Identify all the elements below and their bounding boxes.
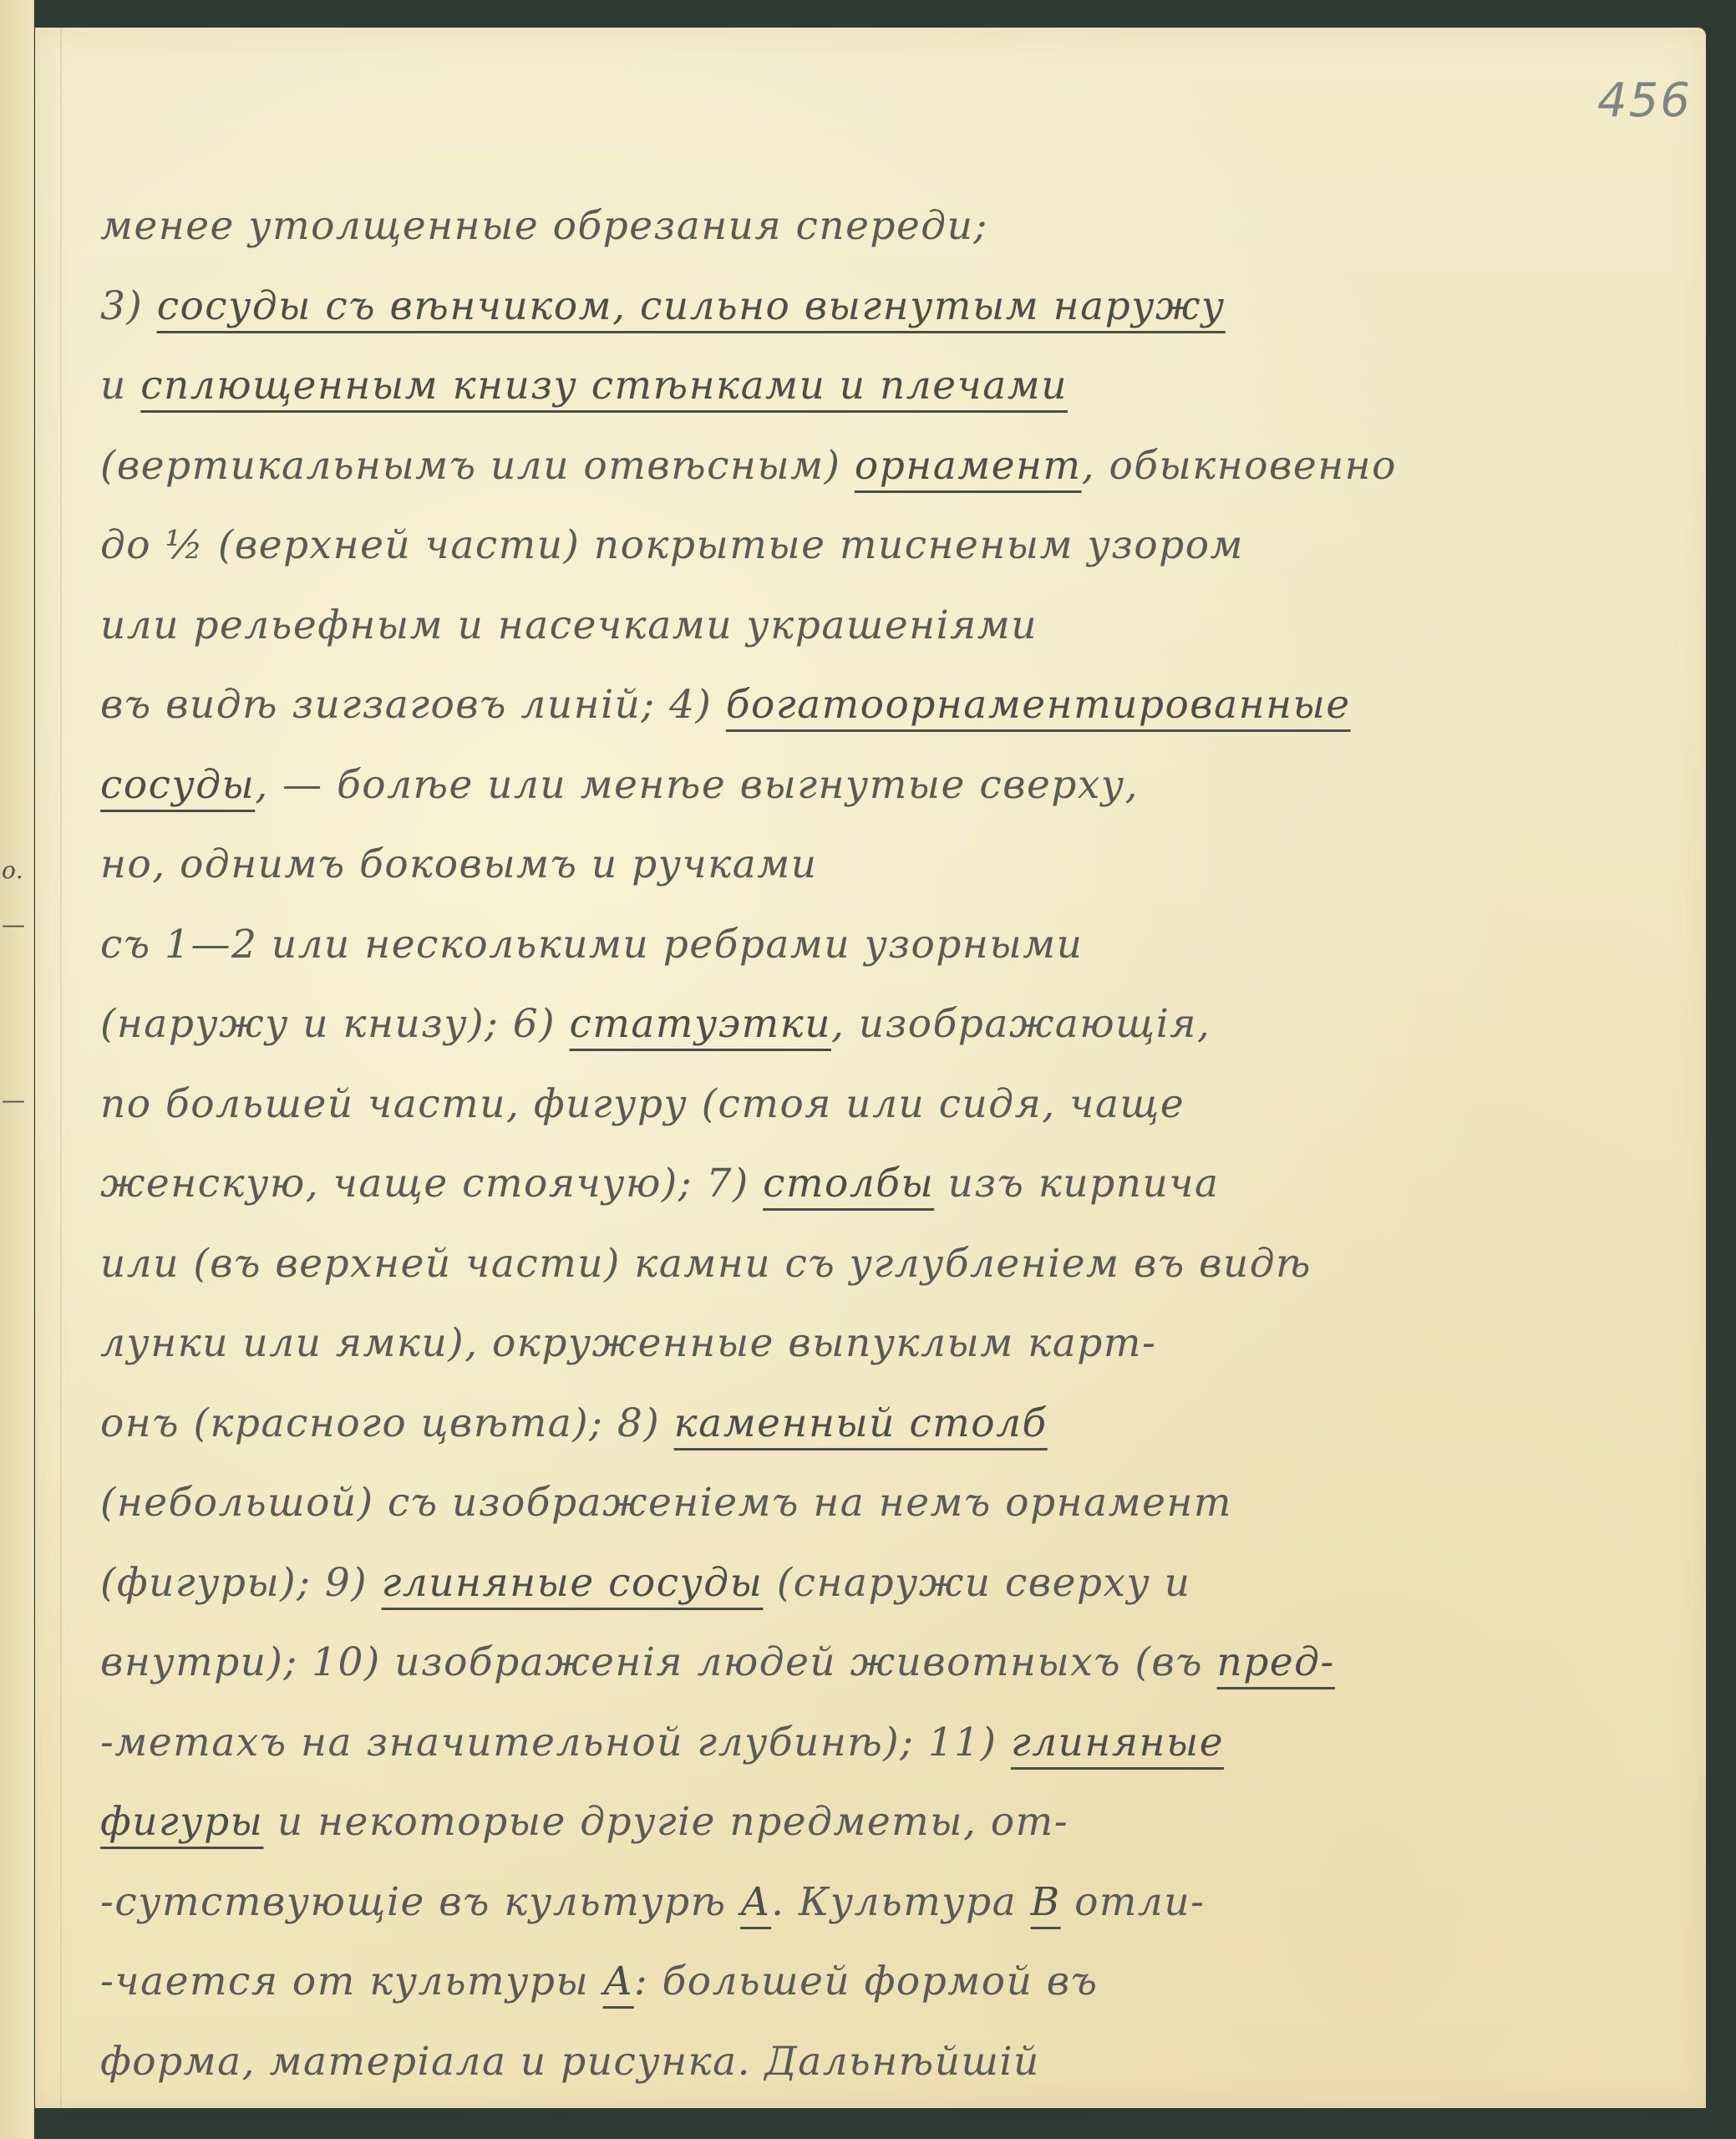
underlined-term: богатоорнаментированные	[726, 682, 1351, 728]
manuscript-line: (наружу и книзу); 6) статуэтки, изобража…	[100, 984, 1679, 1064]
text-segment: менее утолщенные обрезания спереди;	[100, 203, 988, 249]
margin-fragment: —	[2, 1086, 25, 1114]
manuscript-line: въ видѣ зигзаговъ линій; 4) богатоорнаме…	[100, 665, 1679, 745]
manuscript-line: форма, матеріала и рисунка. Дальнѣйшій	[100, 2022, 1679, 2102]
manuscript-line: онъ (красного цвѣта); 8) каменный столб	[100, 1384, 1679, 1464]
manuscript-line: сосуды, — болѣе или менѣе выгнутые сверх…	[100, 745, 1679, 826]
margin-fragment: —	[2, 911, 25, 938]
text-segment: но, однимъ боковымъ и ручками	[100, 841, 818, 887]
manuscript-line: внутри); 10) изображенія людей животныхъ…	[100, 1623, 1679, 1703]
text-segment: : большей формой въ	[634, 1959, 1099, 2004]
text-segment: форма, матеріала и рисунка. Дальнѣйшій	[100, 2039, 1040, 2085]
text-segment: -сутствующіе въ культурѣ	[100, 1879, 740, 1925]
text-segment: по большей части, фигуру (стоя или сидя,…	[100, 1081, 1185, 1127]
text-segment: (снаружи сверху и	[763, 1560, 1190, 1606]
text-segment: и	[100, 363, 140, 409]
underlined-term: В	[1031, 1879, 1061, 1925]
underlined-term: орнамент	[855, 443, 1082, 489]
left-margin-fragments: о. — —	[0, 0, 33, 2139]
manuscript-line: или рельефным и насечками украшеніями	[100, 586, 1679, 666]
underlined-term: каменный столб	[674, 1400, 1048, 1446]
text-segment: , обыкновенно	[1082, 443, 1397, 489]
text-segment: отли-	[1061, 1879, 1206, 1925]
text-segment: изъ кирпича	[934, 1161, 1219, 1207]
handwritten-text-block: менее утолщенные обрезания спереди;3) со…	[100, 186, 1679, 2101]
text-segment: . Культура	[771, 1879, 1030, 1925]
manuscript-line: или (въ верхней части) камни съ углублен…	[100, 1224, 1679, 1304]
manuscript-line: лунки или ямки), окруженные выпуклым кар…	[100, 1303, 1679, 1384]
text-segment: , изображающія,	[831, 1001, 1211, 1047]
underlined-term: столбы	[763, 1161, 934, 1207]
underlined-term: статуэтки	[570, 1001, 831, 1047]
manuscript-page: 456 менее утолщенные обрезания спереди;3…	[35, 28, 1706, 2108]
manuscript-line: (небольшой) съ изображеніемъ на немъ орн…	[100, 1463, 1679, 1543]
manuscript-line: и сплющенным книзу стѣнками и плечами	[100, 346, 1679, 426]
manuscript-line: до ½ (верхней части) покрытые тисненым у…	[100, 506, 1679, 586]
underlined-term: глиняные сосуды	[382, 1560, 764, 1606]
underlined-term: глиняные	[1011, 1720, 1224, 1766]
underlined-term: пред-	[1216, 1639, 1334, 1685]
underlined-term: А	[740, 1879, 771, 1925]
text-segment: до ½ (верхней части) покрытые тисненым у…	[100, 522, 1244, 568]
underlined-term: сосуды съ вѣнчиком, сильно выгнутым нару…	[157, 283, 1226, 329]
text-segment: (фигуры); 9)	[100, 1560, 382, 1606]
folio-number: 456	[1597, 74, 1692, 128]
text-segment: съ 1—2 или несколькими ребрами узорными	[100, 922, 1083, 968]
manuscript-line: женскую, чаще стоячую); 7) столбы изъ ки…	[100, 1144, 1679, 1224]
manuscript-line: -сутствующіе въ культурѣ А. Культура В о…	[100, 1862, 1679, 1943]
text-segment: лунки или ямки), окруженные выпуклым кар…	[100, 1320, 1156, 1366]
page-fold	[60, 28, 62, 2108]
text-segment: (наружу и книзу); 6)	[100, 1001, 570, 1047]
manuscript-line: съ 1—2 или несколькими ребрами узорными	[100, 905, 1679, 985]
manuscript-line: 3) сосуды съ вѣнчиком, сильно выгнутым н…	[100, 267, 1679, 347]
text-segment: , — болѣе или менѣе выгнутые сверху,	[255, 762, 1139, 808]
text-segment: внутри); 10) изображенія людей животныхъ…	[100, 1639, 1216, 1685]
text-segment: или (въ верхней части) камни съ углублен…	[100, 1241, 1312, 1287]
manuscript-line: менее утолщенные обрезания спереди;	[100, 186, 1679, 267]
manuscript-line: -чается от культуры А: большей формой въ	[100, 1942, 1679, 2022]
underlined-term: фигуры	[100, 1799, 263, 1845]
manuscript-line: фигуры и некоторые другіе предметы, от-	[100, 1782, 1679, 1862]
text-segment: женскую, чаще стоячую); 7)	[100, 1161, 763, 1207]
underlined-term: А	[603, 1959, 634, 2004]
text-segment: -метахъ на значительной глубинѣ); 11)	[100, 1720, 1011, 1766]
text-segment: 3)	[100, 283, 157, 329]
text-segment: и некоторые другіе предметы, от-	[263, 1799, 1069, 1845]
manuscript-line: (вертикальнымъ или отвѣсным) орнамент, о…	[100, 426, 1679, 506]
manuscript-line: -метахъ на значительной глубинѣ); 11) гл…	[100, 1703, 1679, 1783]
text-segment: или рельефным и насечками украшеніями	[100, 602, 1038, 648]
text-segment: -чается от культуры	[100, 1959, 603, 2004]
manuscript-line: (фигуры); 9) глиняные сосуды (снаружи св…	[100, 1543, 1679, 1623]
manuscript-line: но, однимъ боковымъ и ручками	[100, 825, 1679, 905]
text-segment: въ видѣ зигзаговъ линій; 4)	[100, 682, 726, 728]
underlined-term: сосуды	[100, 762, 255, 808]
manuscript-line: по большей части, фигуру (стоя или сидя,…	[100, 1064, 1679, 1145]
text-segment: (небольшой) съ изображеніемъ на немъ орн…	[100, 1480, 1232, 1526]
underlined-term: сплющенным книзу стѣнками и плечами	[140, 363, 1068, 409]
text-segment: (вертикальнымъ или отвѣсным)	[100, 443, 855, 489]
margin-fragment: о.	[2, 856, 23, 884]
text-segment: онъ (красного цвѣта); 8)	[100, 1400, 674, 1446]
